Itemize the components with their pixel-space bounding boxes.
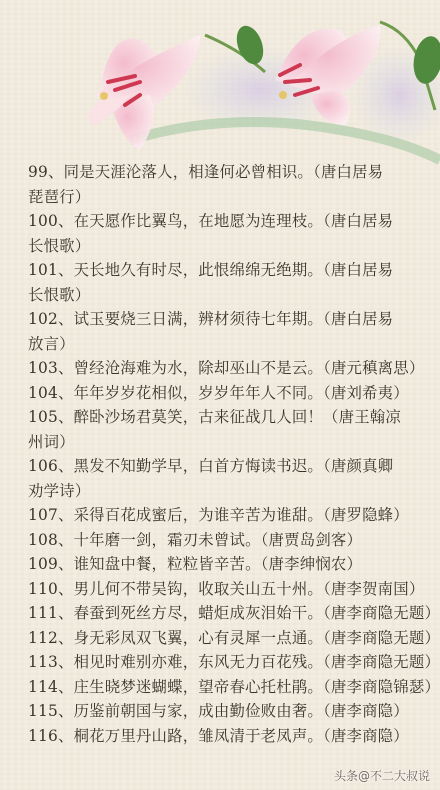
poem-line: 108、十年磨一剑，霜刃未曾试。（唐贾岛剑客） — [28, 528, 428, 553]
poem-line: 劝学诗） — [28, 479, 428, 504]
poem-line: 102、试玉要烧三日满，辨材须待七年期。（唐白居易 — [28, 307, 428, 332]
poem-line: 116、桐花万里丹山路，雏凤清于老凤声。（唐李商隐） — [28, 724, 428, 749]
poem-line: 长恨歌） — [28, 234, 428, 259]
poem-item: 101、天长地久有时尽，此恨绵绵无绝期。（唐白居易长恨歌） — [28, 258, 428, 307]
poem-item: 110、男儿何不带吴钩，收取关山五十州。（唐李贺南国） — [28, 577, 428, 602]
poem-line: 放言） — [28, 332, 428, 357]
poem-line: 100、在天愿作比翼鸟，在地愿为连理枝。（唐白居易 — [28, 209, 428, 234]
poem-line: 103、曾经沧海难为水，除却巫山不是云。（唐元稹离思） — [28, 356, 428, 381]
lily-flowers-illustration — [0, 0, 440, 170]
poem-line: 99、同是天涯沦落人，相逢何必曾相识。（唐白居易 — [28, 160, 428, 185]
poem-item: 111、春蚕到死丝方尽，蜡炬成灰泪始干。（唐李商隐无题） — [28, 601, 428, 626]
poem-item: 112、身无彩凤双飞翼，心有灵犀一点通。（唐李商隐无题） — [28, 626, 428, 651]
poem-line: 长恨歌） — [28, 283, 428, 308]
poem-line: 113、相见时难别亦难，东风无力百花残。（唐李商隐无题） — [28, 650, 428, 675]
poem-line: 114、庄生晓梦迷蝴蝶，望帝春心托杜鹃。（唐李商隐锦瑟） — [28, 675, 428, 700]
poem-item: 99、同是天涯沦落人，相逢何必曾相识。（唐白居易琵琶行） — [28, 160, 428, 209]
poem-line: 111、春蚕到死丝方尽，蜡炬成灰泪始干。（唐李商隐无题） — [28, 601, 428, 626]
watermark: 头条@不二大叔说 — [334, 767, 430, 784]
poem-item: 113、相见时难别亦难，东风无力百花残。（唐李商隐无题） — [28, 650, 428, 675]
poem-item: 109、谁知盘中餐，粒粒皆辛苦。（唐李绅悯农） — [28, 552, 428, 577]
poem-item: 116、桐花万里丹山路，雏凤清于老凤声。（唐李商隐） — [28, 724, 428, 749]
poem-line: 107、采得百花成蜜后，为谁辛苦为谁甜。（唐罗隐蜂） — [28, 503, 428, 528]
poem-item: 108、十年磨一剑，霜刃未曾试。（唐贾岛剑客） — [28, 528, 428, 553]
poem-line: 104、年年岁岁花相似，岁岁年年人不同。（唐刘希夷） — [28, 381, 428, 406]
poem-line: 琵琶行） — [28, 185, 428, 210]
poem-item: 105、醉卧沙场君莫笑，古来征战几人回！（唐王翰凉州词） — [28, 405, 428, 454]
poem-item: 107、采得百花成蜜后，为谁辛苦为谁甜。（唐罗隐蜂） — [28, 503, 428, 528]
poem-item: 102、试玉要烧三日满，辨材须待七年期。（唐白居易放言） — [28, 307, 428, 356]
poem-line: 109、谁知盘中餐，粒粒皆辛苦。（唐李绅悯农） — [28, 552, 428, 577]
poem-line: 105、醉卧沙场君莫笑，古来征战几人回！（唐王翰凉 — [28, 405, 428, 430]
poem-item: 106、黑发不知勤学早，白首方悔读书迟。（唐颜真卿劝学诗） — [28, 454, 428, 503]
poem-line: 115、历鉴前朝国与家，成由勤俭败由奢。（唐李商隐） — [28, 699, 428, 724]
poem-item: 114、庄生晓梦迷蝴蝶，望帝春心托杜鹃。（唐李商隐锦瑟） — [28, 675, 428, 700]
poem-item: 103、曾经沧海难为水，除却巫山不是云。（唐元稹离思） — [28, 356, 428, 381]
poem-item: 104、年年岁岁花相似，岁岁年年人不同。（唐刘希夷） — [28, 381, 428, 406]
poem-list: 99、同是天涯沦落人，相逢何必曾相识。（唐白居易琵琶行） 100、在天愿作比翼鸟… — [28, 160, 428, 748]
poem-item: 100、在天愿作比翼鸟，在地愿为连理枝。（唐白居易长恨歌） — [28, 209, 428, 258]
poem-line: 112、身无彩凤双飞翼，心有灵犀一点通。（唐李商隐无题） — [28, 626, 428, 651]
poem-item: 115、历鉴前朝国与家，成由勤俭败由奢。（唐李商隐） — [28, 699, 428, 724]
poem-line: 106、黑发不知勤学早，白首方悔读书迟。（唐颜真卿 — [28, 454, 428, 479]
poem-line: 110、男儿何不带吴钩，收取关山五十州。（唐李贺南国） — [28, 577, 428, 602]
poem-line: 101、天长地久有时尽，此恨绵绵无绝期。（唐白居易 — [28, 258, 428, 283]
poem-line: 州词） — [28, 430, 428, 455]
